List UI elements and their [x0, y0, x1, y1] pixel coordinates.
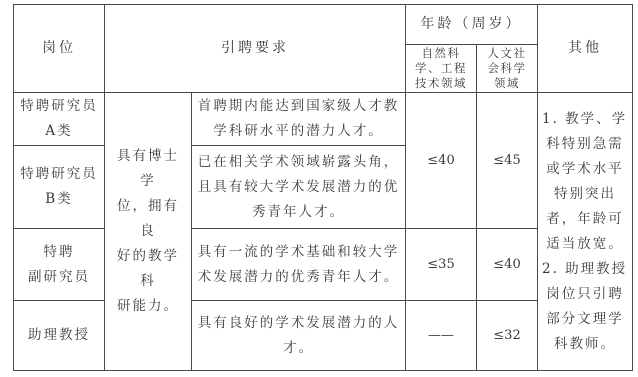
header-requirements: 引聘要求	[105, 5, 406, 93]
header-age-natural-science: 自然科 学、工程 技术领域	[406, 45, 477, 93]
general-qualification-cell: 具有博士学 位，拥有良 好的教学科 研能力。	[105, 93, 192, 371]
other-notes-cell: 1. 教学、学 科特别急需 或学术水平 特别突出 者，年龄可 适当放宽。 2. …	[538, 93, 633, 371]
position-cell: 特聘研究员 A类	[14, 93, 105, 146]
requirement-cell: 具有良好的学术发展潜力的人 才。	[192, 301, 406, 371]
position-cell: 特聘研究员 B类	[14, 146, 105, 229]
age-natural-cell: ——	[406, 301, 477, 371]
position-cell: 助理教授	[14, 301, 105, 371]
age-humanities-cell: ≤40	[477, 229, 538, 301]
header-position: 岗位	[14, 5, 105, 93]
requirement-cell: 具有一流的学术基础和较大学 术发展潜力的优秀青年人才。	[192, 229, 406, 301]
recruitment-requirements-table: 岗位 引聘要求 年龄（周岁） 其他 自然科 学、工程 技术领域 人文社 会科学 …	[13, 4, 633, 371]
header-age-humanities: 人文社 会科学 领域	[477, 45, 538, 93]
header-age: 年龄（周岁）	[406, 5, 538, 45]
position-cell: 特聘 副研究员	[14, 229, 105, 301]
age-natural-cell: ≤35	[406, 229, 477, 301]
header-other: 其他	[538, 5, 633, 93]
age-humanities-cell: ≤32	[477, 301, 538, 371]
requirement-cell: 首聘期内能达到国家级人才教 学科研水平的潜力人才。	[192, 93, 406, 146]
requirement-cell: 已在相关学术领域崭露头角， 且具有较大学术发展潜力的优 秀青年人才。	[192, 146, 406, 229]
age-humanities-cell: ≤45	[477, 93, 538, 229]
table-row: 特聘研究员 A类 具有博士学 位，拥有良 好的教学科 研能力。 首聘期内能达到国…	[14, 93, 633, 146]
age-natural-cell: ≤40	[406, 93, 477, 229]
